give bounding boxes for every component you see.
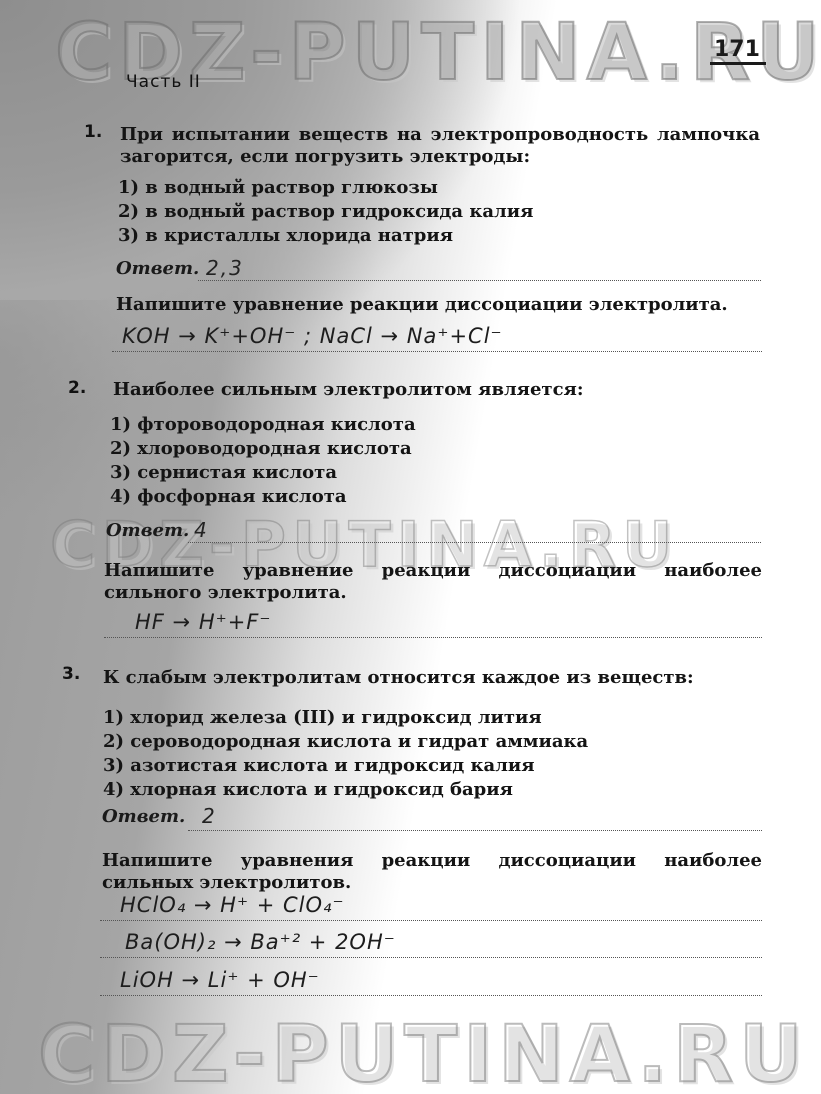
question-3-equation-1[interactable]: HClO₄ → H⁺ + ClO₄⁻ — [120, 893, 345, 917]
question-2-number: 2. — [68, 378, 86, 398]
question-1-option-3: 3) в кристаллы хлорида натрия — [118, 224, 533, 248]
question-2-equation-1[interactable]: HF → H⁺+F⁻ — [135, 610, 271, 634]
question-2-task: Напишите уравнение реакции диссоциации н… — [104, 560, 762, 604]
question-2-text: Наиболее сильным электролитом является: — [113, 379, 763, 401]
part-title: Часть II — [126, 72, 201, 92]
question-3-text: К слабым электролитам относится каждое и… — [103, 667, 763, 689]
equation-line — [100, 995, 762, 996]
question-3-options: 1) хлорид железа (III) и гидроксид лития… — [103, 706, 588, 802]
equation-line — [112, 351, 762, 352]
question-1-task: Напишите уравнение реакции диссоциации э… — [116, 294, 766, 316]
answer-value[interactable]: 2,3 — [206, 256, 244, 280]
question-3-number: 3. — [62, 664, 80, 684]
question-1-options: 1) в водный раствор глюкозы 2) в водный … — [118, 176, 533, 248]
watermark-bottom: CDZ-PUTINA.RU — [38, 1010, 808, 1094]
question-2-options: 1) фтороводородная кислота 2) хлороводор… — [110, 413, 416, 509]
question-1-number: 1. — [84, 122, 102, 142]
question-2-answer: Ответ. 4 — [106, 520, 761, 546]
question-2-option-1: 1) фтороводородная кислота — [110, 413, 416, 437]
answer-value[interactable]: 4 — [194, 518, 209, 542]
question-2-option-2: 2) хлороводородная кислота — [110, 437, 416, 461]
question-3-option-2: 2) сероводородная кислота и гидрат аммиа… — [103, 730, 588, 754]
question-2-option-3: 3) сернистая кислота — [110, 461, 416, 485]
question-3-equation-3[interactable]: LiOH → Li⁺ + OH⁻ — [120, 968, 320, 992]
question-3-option-4: 4) хлорная кислота и гидроксид бария — [103, 778, 588, 802]
answer-label: Ответ. — [102, 806, 185, 827]
equation-line — [100, 920, 762, 921]
question-3-option-3: 3) азотистая кислота и гидроксид калия — [103, 754, 588, 778]
equation-line — [104, 637, 762, 638]
question-3-option-1: 1) хлорид железа (III) и гидроксид лития — [103, 706, 588, 730]
question-1-text: При испытании веществ на электропроводно… — [120, 124, 760, 168]
question-3-equation-2[interactable]: Ba(OH)₂ → Ba⁺² + 2OH⁻ — [125, 930, 396, 954]
question-3-answer: Ответ. 2 — [102, 806, 762, 832]
equation-line — [100, 957, 762, 958]
answer-label: Ответ. — [116, 258, 199, 279]
answer-value[interactable]: 2 — [202, 804, 217, 828]
answer-label: Ответ. — [106, 520, 189, 541]
answer-line — [188, 542, 761, 543]
question-3-task: Напишите уравнения реакции диссоциации н… — [102, 850, 762, 894]
question-2-option-4: 4) фосфорная кислота — [110, 485, 416, 509]
answer-line — [198, 280, 761, 281]
question-1-equation-1[interactable]: KOH → K⁺+OH⁻ ; NaCl → Na⁺+Cl⁻ — [122, 324, 503, 348]
page-number: 171 — [710, 38, 766, 65]
answer-line — [188, 830, 762, 831]
question-1-option-1: 1) в водный раствор глюкозы — [118, 176, 533, 200]
question-1-answer: Ответ. 2,3 — [116, 258, 761, 284]
question-1-option-2: 2) в водный раствор гидроксида калия — [118, 200, 533, 224]
